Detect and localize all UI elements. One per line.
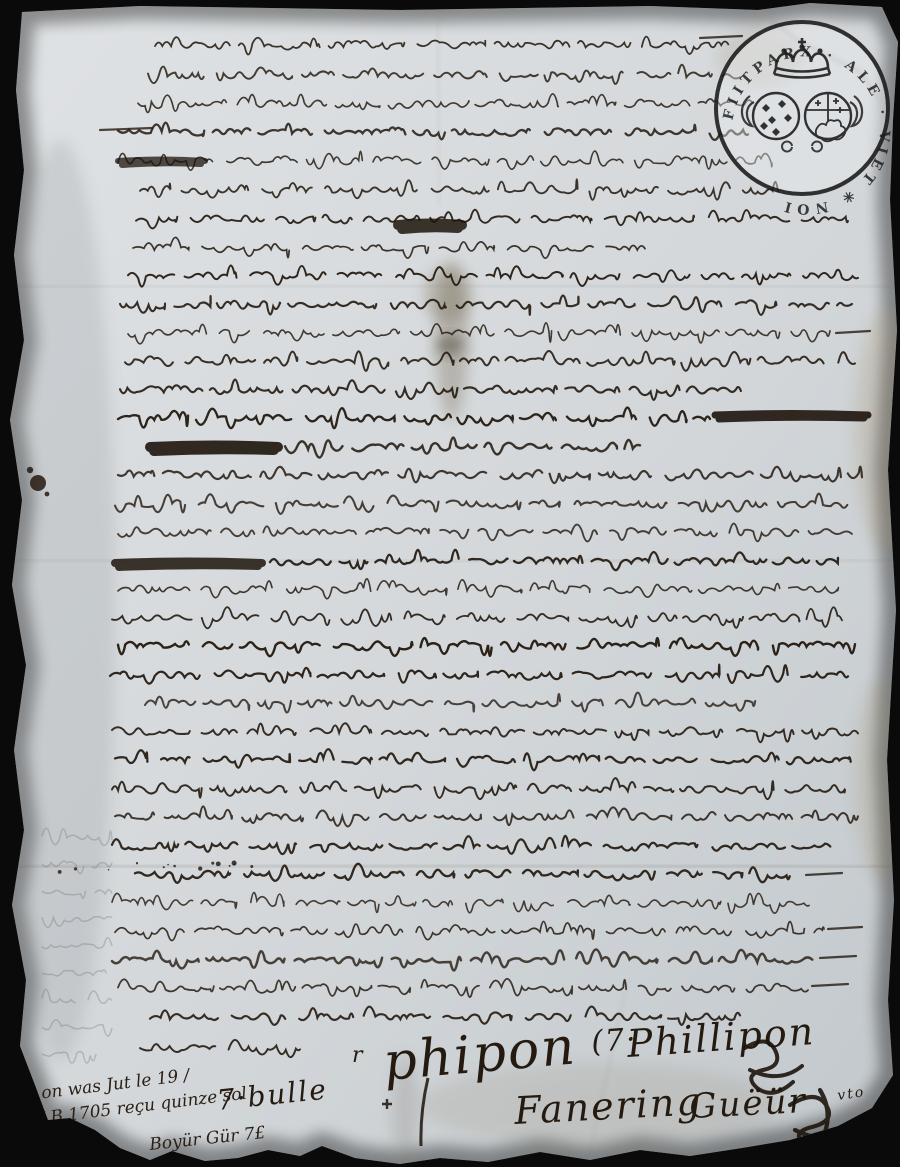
photo-backdrop: FIITPARX · ALE · VIET ✳ NOIphipon(7·Phil… <box>0 0 900 1167</box>
manuscript-paper: FIITPARX · ALE · VIET ✳ NOIphipon(7·Phil… <box>0 0 900 1167</box>
signature-6: r <box>352 1043 365 1068</box>
